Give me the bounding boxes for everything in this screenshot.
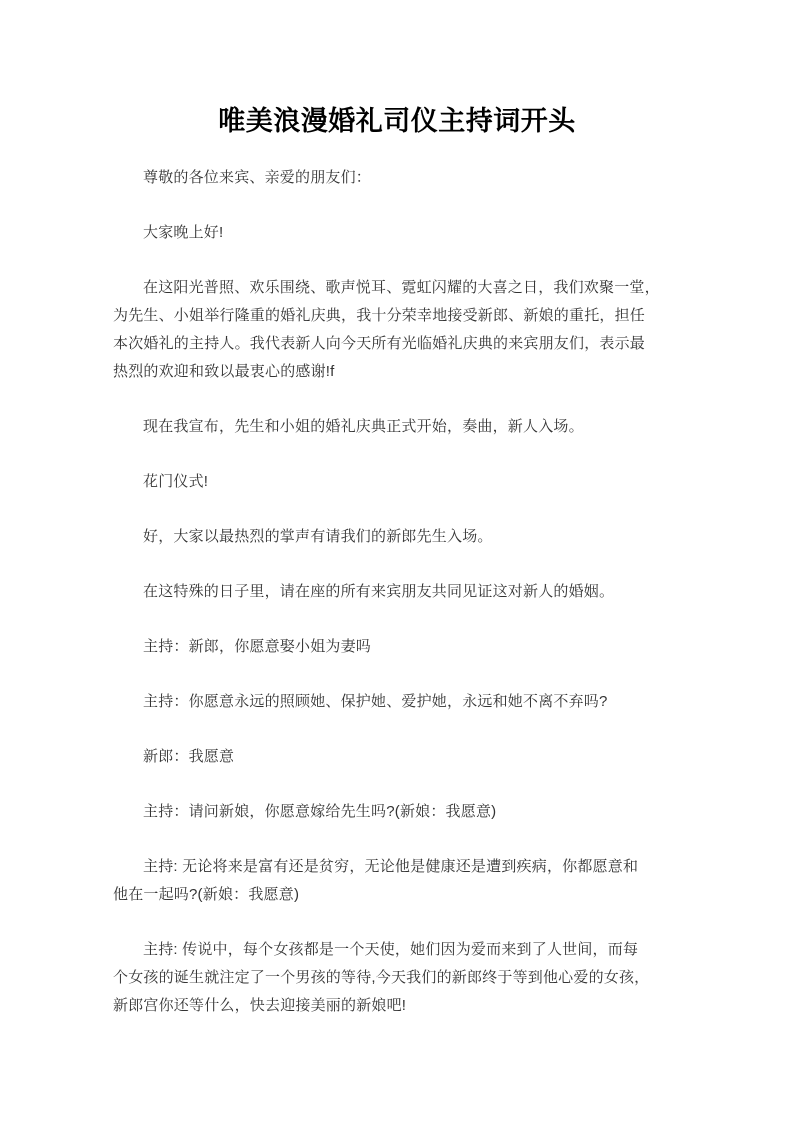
paragraph: 花门仪式! — [113, 468, 681, 496]
paragraph: 主持：你愿意永远的照顾她、保护她、爱护她，永远和她不离不弃吗? — [113, 688, 681, 716]
paragraph: 在这特殊的日子里，请在座的所有来宾朋友共同见证这对新人的婚姻。 — [113, 578, 681, 606]
paragraph: 主持：请问新娘，你愿意嫁给先生吗?(新娘：我愿意) — [113, 798, 681, 826]
paragraph: 现在我宣布，先生和小姐的婚礼庆典正式开始，奏曲，新人入场。 — [113, 413, 681, 441]
paragraph: 主持: 传说中，每个女孩都是一个天使，她们因为爱而来到了人世间，而每个女孩的诞生… — [113, 936, 681, 1020]
document-body: 尊敬的各位来宾、亲爱的朋友们：大家晚上好!在这阳光普照、欢乐围绕、歌声悦耳、霓虹… — [113, 164, 681, 1020]
paragraph: 好，大家以最热烈的掌声有请我们的新郎先生入场。 — [113, 523, 681, 551]
paragraph: 主持：新郎，你愿意娶小姐为妻吗 — [113, 633, 681, 661]
page-title: 唯美浪漫婚礼司仪主持词开头 — [113, 104, 681, 139]
paragraph: 新郎：我愿意 — [113, 743, 681, 771]
document-page: 唯美浪漫婚礼司仪主持词开头 尊敬的各位来宾、亲爱的朋友们：大家晚上好!在这阳光普… — [0, 0, 794, 1123]
paragraph: 在这阳光普照、欢乐围绕、歌声悦耳、霓虹闪耀的大喜之日，我们欢聚一堂，为先生、小姐… — [113, 274, 681, 386]
paragraph: 主持: 无论将来是富有还是贫穷，无论他是健康还是遭到疾病，你都愿意和他在一起吗?… — [113, 853, 681, 909]
paragraph: 大家晚上好! — [113, 219, 681, 247]
paragraph: 尊敬的各位来宾、亲爱的朋友们： — [113, 164, 681, 192]
